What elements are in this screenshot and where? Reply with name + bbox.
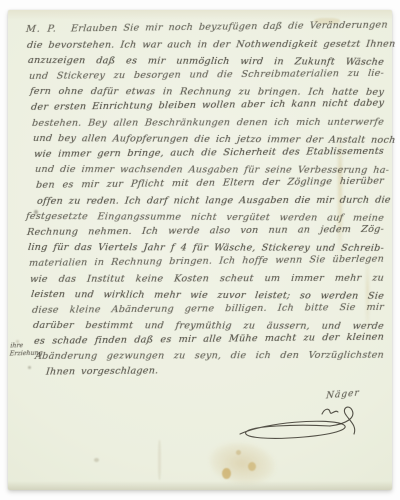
handwritten-line: und Stickerey zu besorgen und die Schrei… xyxy=(25,66,384,85)
handwritten-line: wie immer gern bringe, auch die Sicherhe… xyxy=(25,144,384,163)
handwritten-line: der ersten Einrichtung bleiben wollen ab… xyxy=(25,96,384,116)
stain-spot xyxy=(248,462,256,471)
handwritten-line: die bevorstehen. Ich war auch in der Not… xyxy=(25,36,385,53)
letter-paper: M. P.Erlauben Sie mir noch beyzufügen da… xyxy=(8,10,392,490)
handwritten-line: offen zu reden. Ich darf nicht lange Aus… xyxy=(25,192,385,209)
salutation: M. P. xyxy=(25,22,57,38)
handwritten-line: bestehen. Bey allen Beschränkungen denen… xyxy=(25,114,385,131)
handwritten-line: ben es mir zur Pflicht mit den Eltern de… xyxy=(25,174,384,194)
letter-photo: M. P.Erlauben Sie mir noch beyzufügen da… xyxy=(0,0,400,500)
handwritten-line: Abänderung gezwungen zu seyn, die ich de… xyxy=(25,348,385,365)
signature-flourish-icon xyxy=(226,400,366,454)
margin-annotation: ihre Erziehung xyxy=(9,341,54,357)
foxing-spot xyxy=(158,440,161,480)
foxing-spot xyxy=(94,458,99,462)
signature: Näger xyxy=(226,390,366,454)
handwritten-line: M. P.Erlauben Sie mir noch beyzufügen da… xyxy=(25,18,384,38)
letter-body: M. P.Erlauben Sie mir noch beyzufügen da… xyxy=(26,22,384,365)
stain-spot xyxy=(222,468,231,479)
handwritten-line: wie das Institut keine Kosten scheut um … xyxy=(25,270,385,287)
handwritten-line: diese kleine Abänderung gerne billigen. … xyxy=(25,300,384,319)
foxing-spot xyxy=(28,366,31,369)
handwritten-line: materialien in Rechnung bringen. Ich hof… xyxy=(25,252,384,272)
handwritten-line: es schade finden daß es mir alle Mühe ma… xyxy=(25,329,384,349)
handwritten-line: Rechnung nehmen. Ich werde also von nun … xyxy=(25,222,384,241)
closing-line: Ihnen vorgeschlagen. xyxy=(45,365,159,377)
line-text: Erlauben Sie mir noch beyzufügen daß die… xyxy=(70,20,388,35)
